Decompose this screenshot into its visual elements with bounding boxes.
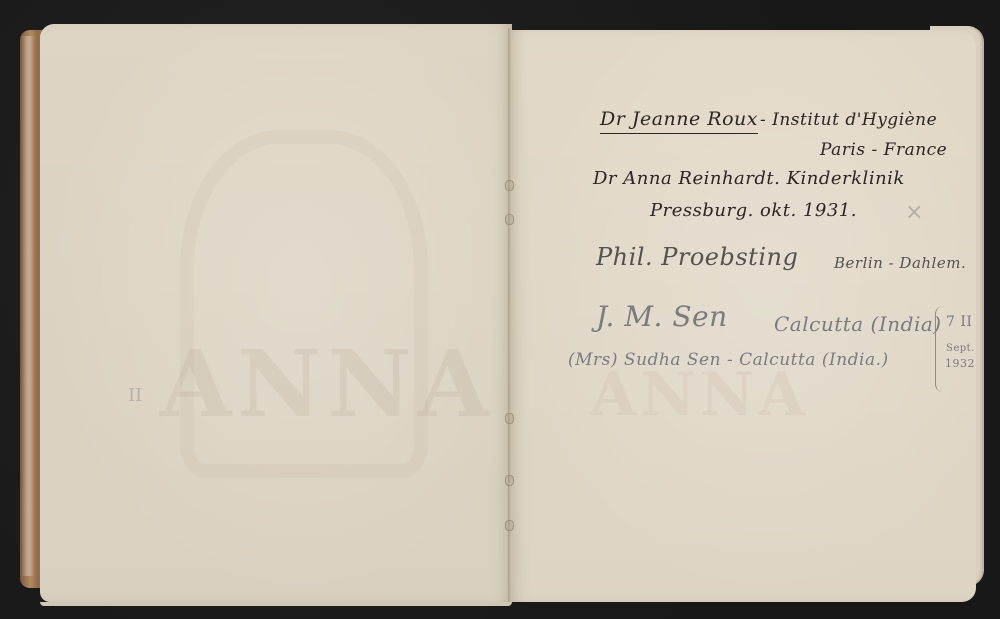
- entry-4-name: J. M. Sen: [596, 300, 728, 333]
- entry-2-place: Pressburg. okt. 1931.: [650, 200, 857, 221]
- date-year: 1932: [945, 357, 975, 370]
- book-gutter: [508, 28, 511, 602]
- binding-stitch: [505, 475, 514, 486]
- entry-5-name: (Mrs) Sudha Sen - Calcutta (India.): [568, 350, 889, 370]
- entry-1-name-text: Dr Jeanne Roux: [600, 108, 758, 134]
- show-through-text-right: ANNA: [590, 360, 809, 430]
- entry-4-place: Calcutta (India): [774, 312, 942, 336]
- cross-mark: ×: [905, 200, 924, 225]
- entry-1-place: Paris - France: [820, 140, 947, 160]
- binding-stitch: [505, 180, 514, 191]
- entry-1-name: Dr Jeanne Roux: [600, 108, 758, 130]
- open-autograph-book: ANNA ANNA II Dr Jeanne Roux - Institut d…: [0, 0, 1000, 619]
- binding-stitch: [505, 214, 514, 225]
- entry-1-institution: - Institut d'Hygiène: [760, 110, 937, 130]
- date-month: Sept.: [946, 343, 975, 354]
- entry-2-name: Dr Anna Reinhardt. Kinderklinik: [593, 168, 905, 189]
- page-mark: II: [128, 385, 142, 406]
- entry-3-name: Phil. Proebsting: [596, 243, 798, 271]
- binding-stitch: [505, 520, 514, 531]
- date-day: 7 II: [946, 314, 972, 330]
- entry-3-place: Berlin - Dahlem.: [834, 254, 966, 272]
- plastic-sleeve: [22, 36, 34, 576]
- page-edge: [40, 602, 512, 606]
- date-bracket: [935, 306, 944, 392]
- show-through-text-left: ANNA: [160, 330, 495, 438]
- binding-stitch: [505, 413, 514, 424]
